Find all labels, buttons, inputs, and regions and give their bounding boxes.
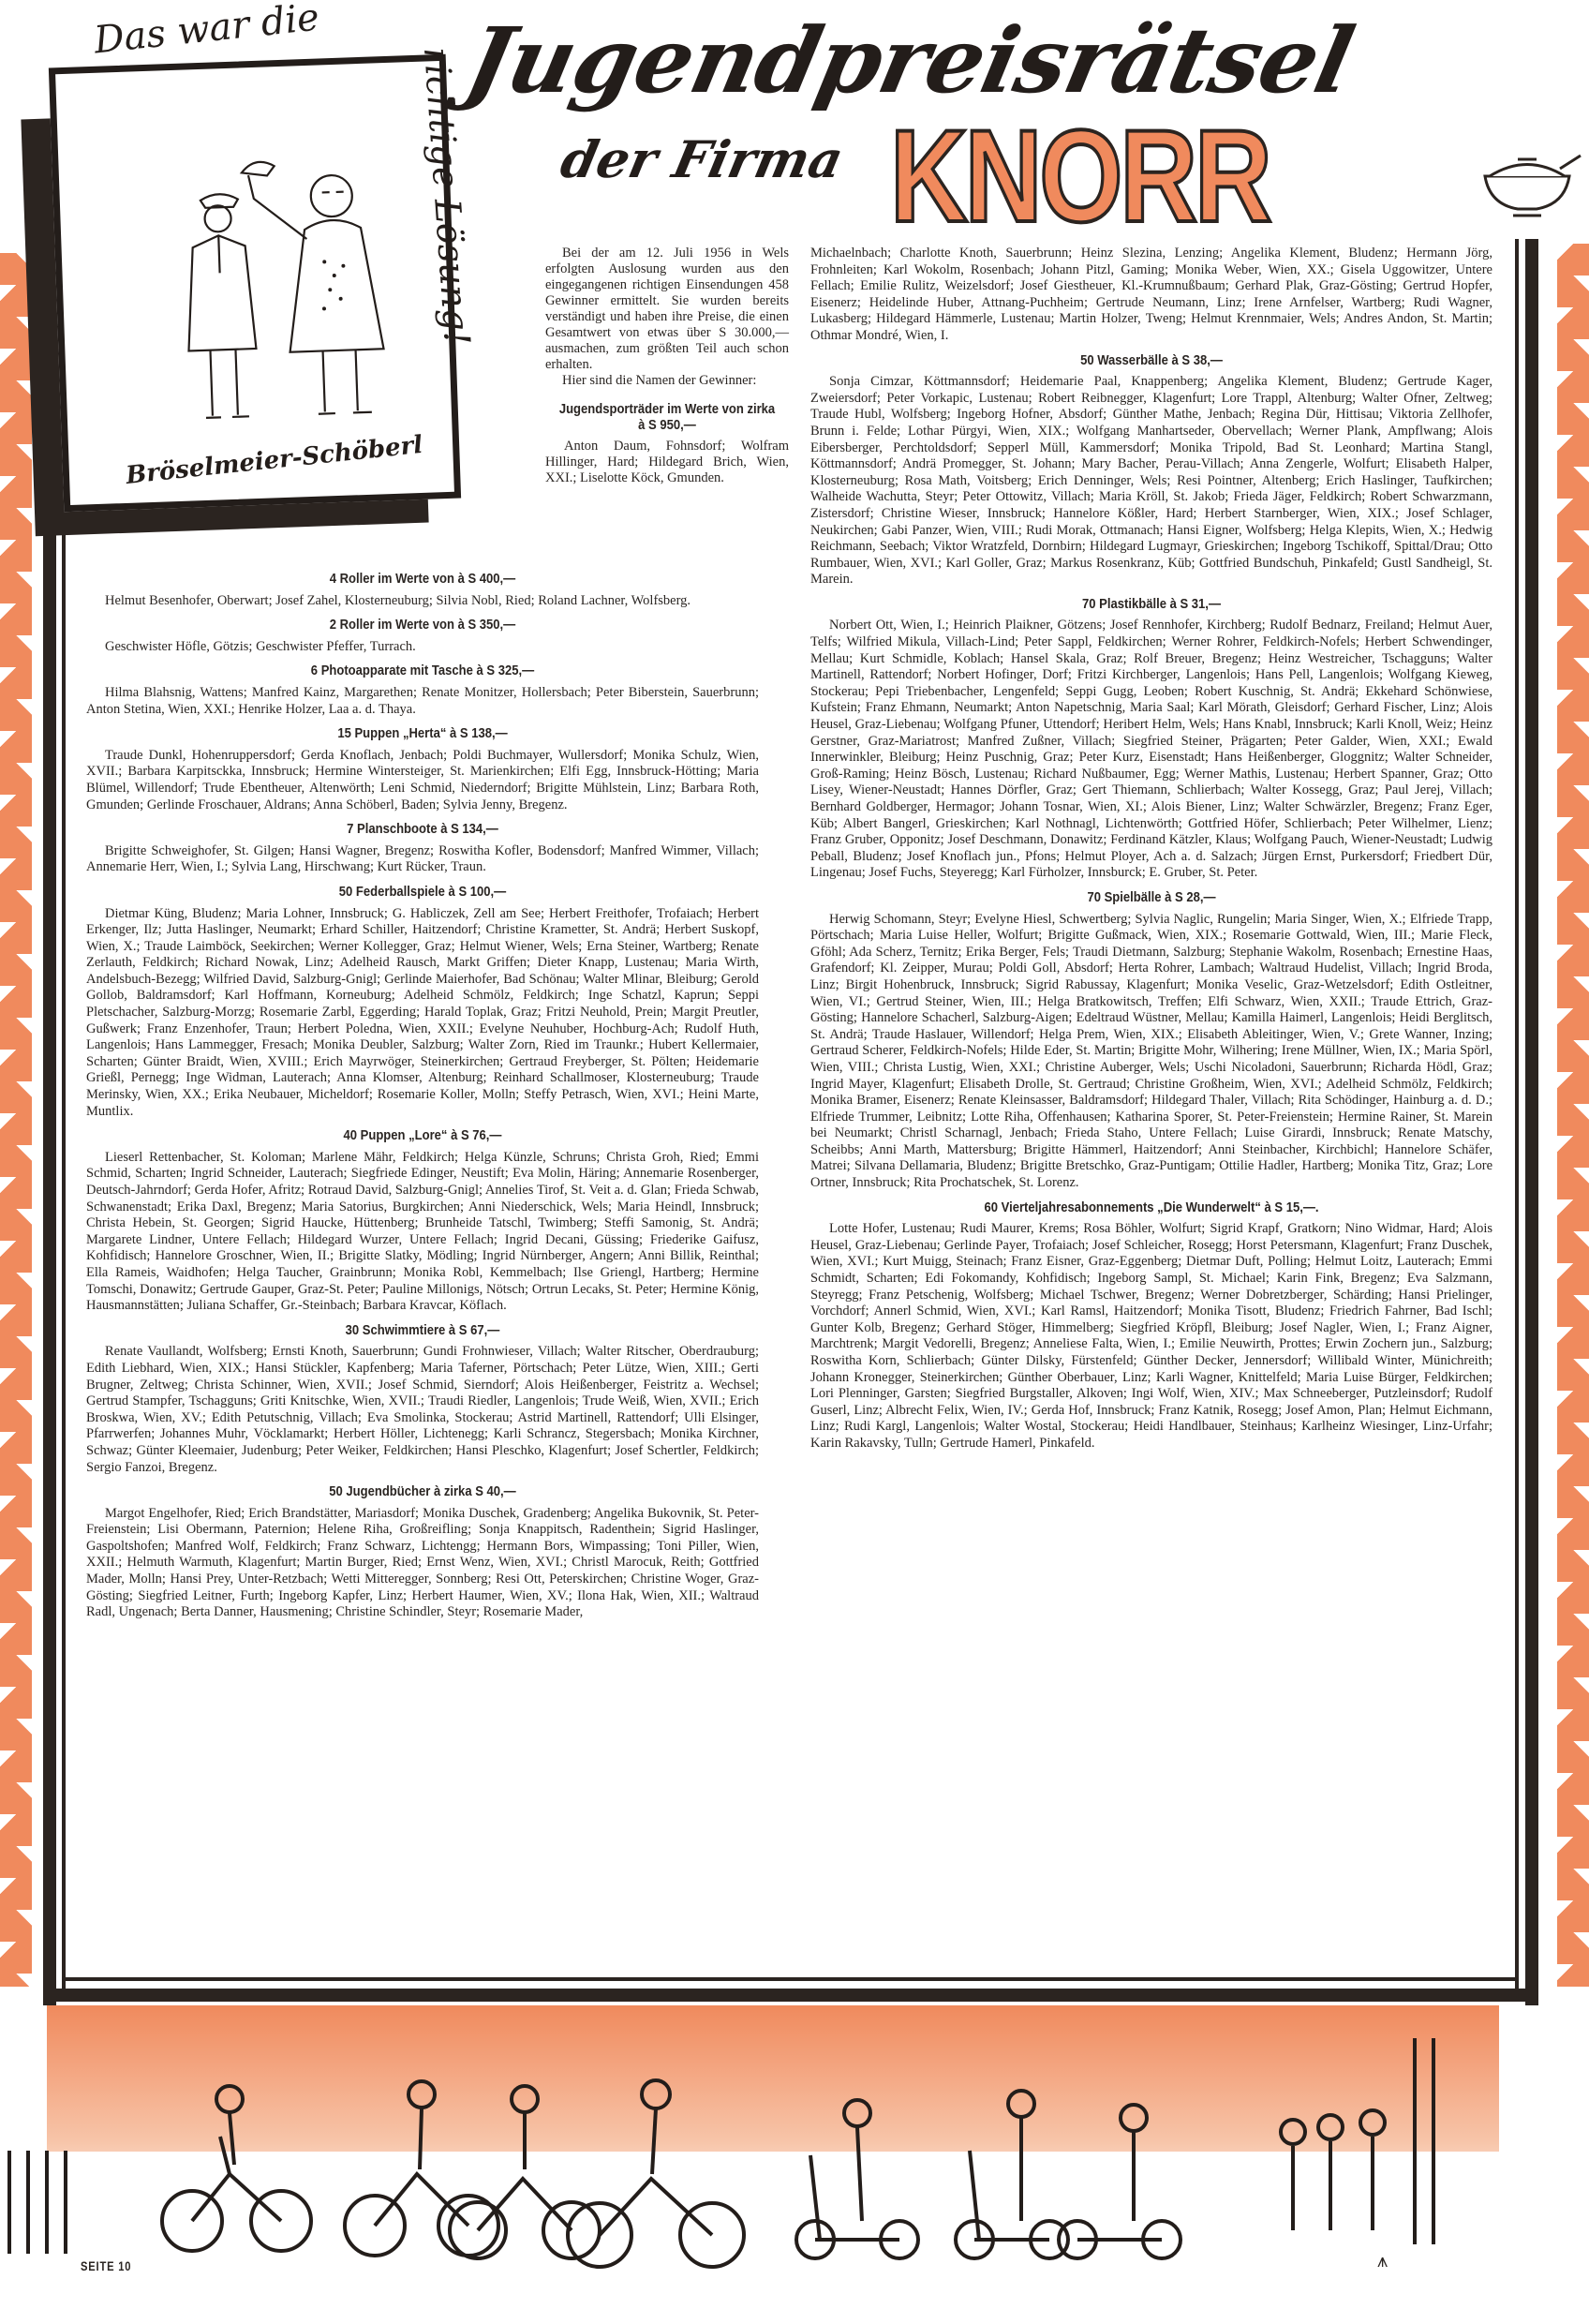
prize-winners: Renate Vaullandt, Wolfsberg; Ernsti Knot… xyxy=(86,1344,759,1476)
prize-winners: Geschwister Höfle, Götzis; Geschwister P… xyxy=(86,639,759,656)
page-subtitle: der Firma xyxy=(556,129,848,189)
prize-winners: Traude Dunkl, Hohenruppersdorf; Gerda Kn… xyxy=(86,748,759,813)
prize-section: 50 Federballspiele à S 100,— Dietmar Kün… xyxy=(86,885,759,1120)
prize-heading: 70 Plastikbälle à S 31,— xyxy=(844,597,1458,614)
frame-left-thin xyxy=(62,525,66,1996)
intro-paragraph: Bei der am 12. Juli 1956 in Wels erfolgt… xyxy=(545,246,789,373)
right-column: Michaelnbach; Charlotte Knoth, Sauerbrun… xyxy=(810,246,1492,1461)
prize-winners: Brigitte Schweighofer, St. Gilgen; Hansi… xyxy=(86,843,759,876)
prize-heading: 30 Schwimmtiere à S 67,— xyxy=(120,1323,725,1340)
prize-section: 40 Puppen „Lore“ à S 76,— Lieserl Retten… xyxy=(86,1128,759,1315)
prize-winners: Herwig Schomann, Steyr; Evelyne Hiesl, S… xyxy=(810,912,1492,1192)
prize-heading: 60 Vierteljahresabonnements „Die Wunderw… xyxy=(844,1200,1458,1217)
prize-winners: Dietmar Küng, Bludenz; Maria Lohner, Inn… xyxy=(86,906,759,1121)
prize-section: 6 Photoapparate mit Tasche à S 325,— Hil… xyxy=(86,663,759,718)
prize-heading: 50 Jugendbücher à zirka S 40,— xyxy=(120,1484,725,1501)
prize-heading: 50 Wasserbälle à S 38,— xyxy=(844,353,1458,370)
prize-heading: 7 Planschboote à S 134,— xyxy=(120,822,725,839)
left-zigzag-border xyxy=(0,253,32,1987)
cartoon-heading: Das war die xyxy=(92,0,321,62)
prize-heading: 4 Roller im Werte von à S 400,— xyxy=(120,572,725,588)
intro-text: Bei der am 12. Juli 1956 in Wels erfolgt… xyxy=(545,246,789,495)
prize-section: 7 Planschboote à S 134,— Brigitte Schwei… xyxy=(86,822,759,876)
prize-section: 70 Plastikbälle à S 31,— Norbert Ott, Wi… xyxy=(810,597,1492,882)
prize-section: Jugendsporträder im Werte von zirka à S … xyxy=(545,402,789,486)
prize-heading: 2 Roller im Werte von à S 350,— xyxy=(120,618,725,634)
prize-heading: 6 Photoapparate mit Tasche à S 325,— xyxy=(120,663,725,680)
frame-left-bar xyxy=(43,525,56,2005)
right-zigzag-border xyxy=(1557,244,1589,1987)
page-header: Jugendpreisrätsel der Firma KNORR xyxy=(450,7,1574,242)
prize-heading: 40 Puppen „Lore“ à S 76,— xyxy=(120,1128,725,1145)
prize-winners: Anton Daum, Fohnsdorf; Wolfram Hillinger… xyxy=(545,439,789,486)
prize-heading: 70 Spielbälle à S 28,— xyxy=(844,890,1458,907)
intro-paragraph: Hier sind die Namen der Gewinner: xyxy=(545,373,789,389)
left-column: 4 Roller im Werte von à S 400,— Helmut B… xyxy=(86,568,759,1630)
cartoon-frame: Bröselmeier-Schöberl xyxy=(49,54,461,513)
prize-winners: Sonja Cimzar, Köttmannsdorf; Heidemarie … xyxy=(810,374,1492,588)
prize-section: 4 Roller im Werte von à S 400,— Helmut B… xyxy=(86,572,759,609)
prize-section: 50 Wasserbälle à S 38,— Sonja Cimzar, Kö… xyxy=(810,353,1492,588)
children-on-bikes-illustration xyxy=(0,2010,1589,2291)
prize-winners: Lieserl Rettenbacher, St. Koloman; Marle… xyxy=(86,1150,759,1315)
prize-section: 15 Puppen „Herta“ à S 138,— Traude Dunkl… xyxy=(86,726,759,813)
prize-section: 30 Schwimmtiere à S 67,— Renate Vaulland… xyxy=(86,1323,759,1476)
brand-logo-text: KNORR xyxy=(890,111,1270,242)
prize-heading: 15 Puppen „Herta“ à S 138,— xyxy=(120,726,725,743)
prize-winners: Norbert Ott, Wien, I.; Heinrich Plaikner… xyxy=(810,618,1492,882)
prize-winners: Hilma Blahsnig, Wattens; Manfred Kainz, … xyxy=(86,685,759,718)
prize-section-continued: Michaelnbach; Charlotte Knoth, Sauerbrun… xyxy=(810,246,1492,345)
frame-bottom-thin xyxy=(62,1977,1519,1981)
artist-signature-icon: ⩚ xyxy=(1377,2249,1388,2272)
frame-right-bar xyxy=(1525,239,1538,2005)
prize-section: 2 Roller im Werte von à S 350,— Geschwis… xyxy=(86,618,759,655)
frame-bottom-bar xyxy=(43,1989,1538,2002)
soup-tureen-icon xyxy=(1471,148,1583,223)
page-number: SEITE 10 xyxy=(81,2258,131,2273)
prize-section: 60 Vierteljahresabonnements „Die Wunderw… xyxy=(810,1200,1492,1452)
prize-winners: Helmut Besenhofer, Oberwart; Josef Zahel… xyxy=(86,593,759,610)
prize-section: 50 Jugendbücher à zirka S 40,— Margot En… xyxy=(86,1484,759,1621)
prize-heading: 50 Federballspiele à S 100,— xyxy=(120,885,725,901)
prize-winners: Margot Engelhofer, Ried; Erich Brandstät… xyxy=(86,1506,759,1621)
two-men-illustration xyxy=(161,137,415,445)
prize-winners-continued: Michaelnbach; Charlotte Knoth, Sauerbrun… xyxy=(810,246,1492,345)
frame-right-thin xyxy=(1515,239,1519,1991)
prize-heading: Jugendsporträder im Werte von zirka à S … xyxy=(557,402,777,434)
prize-section: 70 Spielbälle à S 28,— Herwig Schomann, … xyxy=(810,890,1492,1192)
page-title: Jugendpreisrätsel xyxy=(457,7,1361,113)
prize-winners: Lotte Hofer, Lustenau; Rudi Maurer, Krem… xyxy=(810,1221,1492,1452)
